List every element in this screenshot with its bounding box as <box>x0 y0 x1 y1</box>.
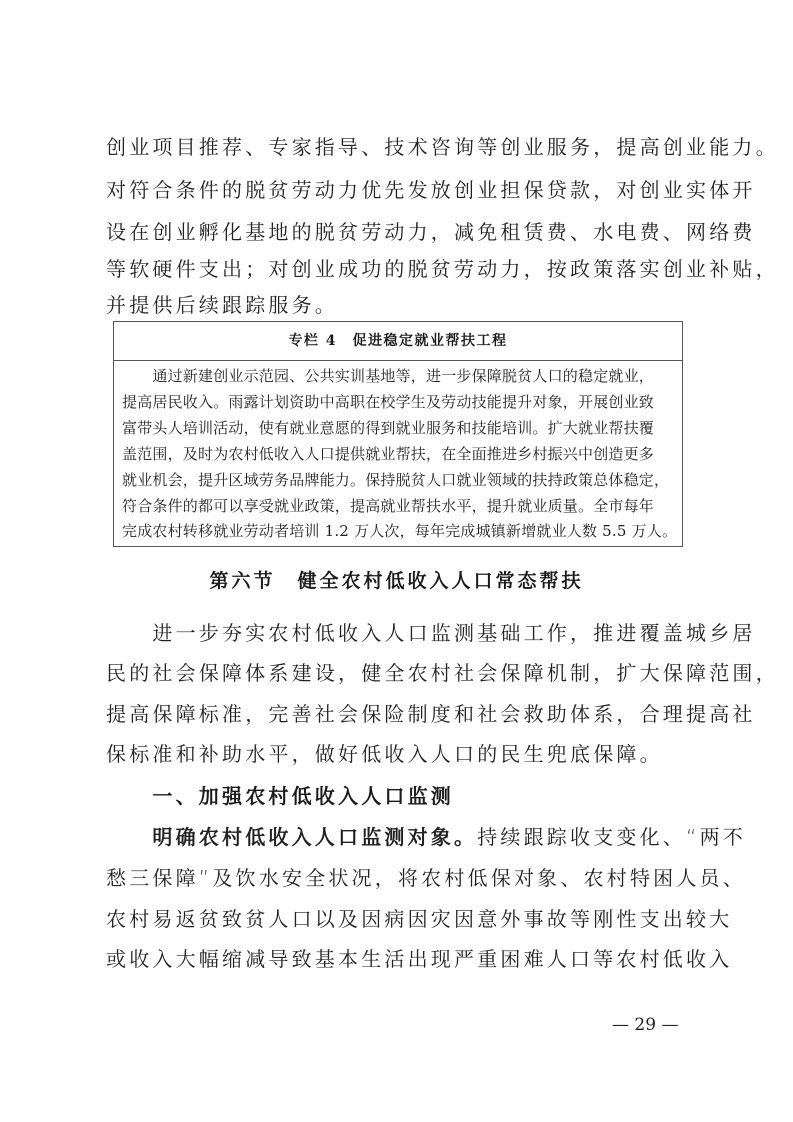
subsection-title: 一、加强农村低收入人口监测 <box>106 783 690 809</box>
section-title: 第六节 健全农村低收入人口常态帮扶 <box>0 566 793 593</box>
feature-box-title: 专栏 4 促进稳定就业帮扶工程 <box>114 322 682 361</box>
paragraph-line: 愁三保障”及饮水安全状况，将农村低保对象、农村特困人员、 <box>106 865 690 891</box>
bold-lead-text: 明确农村低收入人口监测对象。 <box>106 825 477 849</box>
paragraph-line: 或收入大幅缩减导致基本生活出现严重困难人口等农村低收入 <box>106 946 690 972</box>
lead-rest-text: 持续跟踪收支变化、“两不 <box>477 825 746 849</box>
feature-box-line: 完成农村转移就业劳动者培训 1.2 万人次，每年完成城镇新增就业人数 5.5 万… <box>122 521 676 541</box>
page-number: — 29 — <box>612 1015 678 1035</box>
paragraph-line: 明确农村低收入人口监测对象。持续跟踪收支变化、“两不 <box>106 824 690 850</box>
feature-box-line: 富带头人培训活动，使有就业意愿的得到就业服务和技能培训。扩大就业帮扶覆 <box>122 418 676 438</box>
feature-box-line: 符合条件的都可以享受就业政策，提高就业帮扶水平，提升就业质量。全市每年 <box>122 496 676 516</box>
feature-box-line: 就业机会，提升区域劳务品牌能力。保持脱贫人口就业领域的扶持政策总体稳定， <box>122 470 676 490</box>
paragraph-line: 创业项目推荐、专家指导、技术咨询等创业服务，提高创业能力。 <box>106 134 690 160</box>
feature-box-line: 提高居民收入。雨露计划资助中高职在校学生及劳动技能提升对象，开展创业致 <box>122 392 676 412</box>
feature-box: 专栏 4 促进稳定就业帮扶工程 通过新建创业示范园、公共实训基地等，进一步保障脱… <box>113 321 683 547</box>
paragraph-line: 对符合条件的脱贫劳动力优先发放创业担保贷款，对创业实体开 <box>106 177 690 203</box>
paragraph-line: 设在创业孵化基地的脱贫劳动力，减免租赁费、水电费、网络费 <box>106 219 690 245</box>
paragraph-line: 等软硬件支出；对创业成功的脱贫劳动力，按政策落实创业补贴， <box>106 256 690 282</box>
feature-box-line: 盖范围，及时为农村低收入人口提供就业帮扶，在全面推进乡村振兴中创造更多 <box>122 444 676 464</box>
paragraph-line: 提高保障标准，完善社会保险制度和社会救助体系，合理提高社 <box>106 701 690 727</box>
paragraph-line: 农村易返贫致贫人口以及因病因灾因意外事故等刚性支出较大 <box>106 906 690 932</box>
paragraph-line: 民的社会保障体系建设，健全农村社会保障机制，扩大保障范围， <box>106 660 690 686</box>
paragraph-line: 保标准和补助水平，做好低收入人口的民生兜底保障。 <box>106 741 690 767</box>
feature-box-line: 通过新建创业示范园、公共实训基地等，进一步保障脱贫人口的稳定就业， <box>122 366 676 386</box>
paragraph-line: 进一步夯实农村低收入人口监测基础工作，推进覆盖城乡居 <box>106 620 690 646</box>
paragraph-line: 并提供后续跟踪服务。 <box>106 292 690 318</box>
